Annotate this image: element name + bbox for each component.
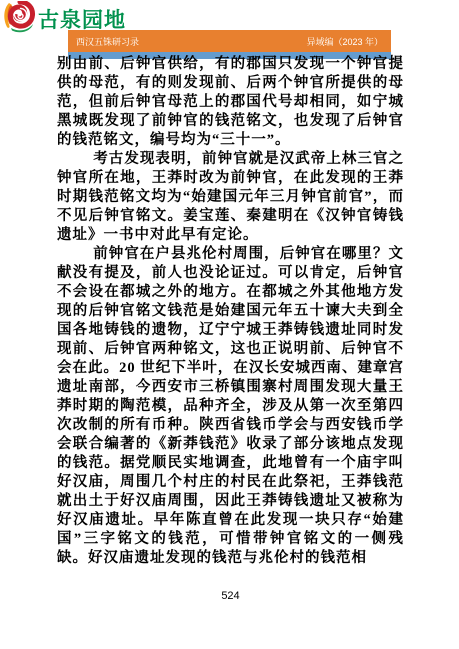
document-page: 别由前、后钟官供给，有的郡国只发现一个钟官提供的母范，有的则发现前、后两个钟官所… xyxy=(57,55,404,568)
site-logo-text: 古泉园地 xyxy=(38,4,126,31)
header-volume-label: 异域编（2023 年） xyxy=(306,35,383,48)
paragraph: 考古发现表明，前钟官就是汉武帝上林三官之钟官所在地，王莽时改为前钟官，在此发现的… xyxy=(57,150,404,245)
header-title-bar: 西汉五铢研习录 异域编（2023 年） xyxy=(68,30,391,52)
header-book-title: 西汉五铢研习录 xyxy=(76,35,139,48)
paragraph: 前钟官在户县兆伦村周围，后钟官在哪里？文献没有提及，前人也没论证过。可以肯定，后… xyxy=(57,245,404,568)
swirl-coin-icon xyxy=(2,1,36,33)
page-number: 524 xyxy=(57,590,404,602)
site-logo[interactable]: 古泉园地 xyxy=(2,1,126,33)
paragraph: 别由前、后钟官供给，有的郡国只发现一个钟官提供的母范，有的则发现前、后两个钟官所… xyxy=(57,55,404,150)
